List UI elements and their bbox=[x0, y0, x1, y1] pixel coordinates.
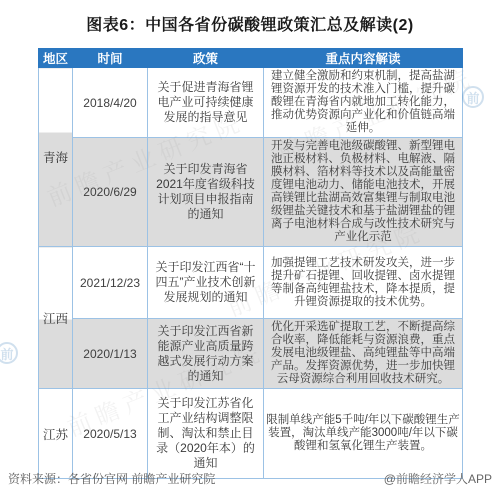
policy-table: 地区 时间 政策 重点内容解读 青海2018/4/20关于促进青海省锂电产业可持… bbox=[38, 48, 463, 479]
content-cell: 建立健全激励和约束机制，提高盐湖锂资源开发的技术准入门槛，提升碳酸锂在青海省内就… bbox=[264, 68, 463, 138]
header-region: 地区 bbox=[39, 49, 73, 68]
header-content: 重点内容解读 bbox=[264, 49, 463, 68]
policy-table-container: 地区 时间 政策 重点内容解读 青海2018/4/20关于促进青海省锂电产业可持… bbox=[38, 48, 462, 479]
page-title: 图表6：中国各省份碳酸锂政策汇总及解读(2) bbox=[0, 12, 500, 35]
region-cell: 青海 bbox=[39, 68, 73, 247]
region-cell: 江西 bbox=[39, 247, 73, 389]
content-cell: 开发与完善电池级碳酸锂、新型锂电池正极材料、负极材料、电解液、隔膜材料、箔材料等… bbox=[264, 138, 463, 247]
policy-cell: 关于印发江苏省化工产业结构调整限制、淘汰和禁止目录（2020年本）的通知 bbox=[148, 389, 264, 479]
table-row: 江西2021/12/23关于印发江西省“十四五”产业技术创新发展规划的通知加强提… bbox=[39, 247, 463, 319]
qianzhan-logo-icon: 前 bbox=[0, 342, 18, 364]
table-header-row: 地区 时间 政策 重点内容解读 bbox=[39, 49, 463, 68]
date-cell: 2020/5/13 bbox=[73, 389, 148, 479]
policy-cell: 关于印发青海省2021年度省级科技计划项目申报指南的通知 bbox=[148, 138, 264, 247]
content-cell: 优化开采选矿提取工艺，不断提高综合收率，降低能耗与资源浪费，重点发展电池级锂盐、… bbox=[264, 319, 463, 389]
header-date: 时间 bbox=[73, 49, 148, 68]
table-row: 2020/1/13关于印发江西省新能源产业高质量跨越式发展行动方案的通知优化开采… bbox=[39, 319, 463, 389]
source-note: 资料来源：各省份官网 前瞻产业研究院 bbox=[8, 470, 215, 487]
content-cell: 加强提锂工艺技术研发攻关，进一步提升矿石提锂、回收提锂、卤水提锂等制备高纯锂盐技… bbox=[264, 247, 463, 319]
policy-cell: 关于印发江西省新能源产业高质量跨越式发展行动方案的通知 bbox=[148, 319, 264, 389]
region-cell: 江苏 bbox=[39, 389, 73, 479]
header-policy: 政策 bbox=[148, 49, 264, 68]
policy-cell: 关于促进青海省锂电产业可持续健康发展的指导意见 bbox=[148, 68, 264, 138]
date-cell: 2020/6/29 bbox=[73, 138, 148, 247]
table-row: 青海2018/4/20关于促进青海省锂电产业可持续健康发展的指导意见建立健全激励… bbox=[39, 68, 463, 138]
content-cell: 限制单线产能5千吨/年以下碳酸锂生产装置，淘汰单线产能3000吨/年以下碳酸锂和… bbox=[264, 389, 463, 479]
credit-note: @前瞻经济学人APP bbox=[384, 470, 492, 487]
date-cell: 2020/1/13 bbox=[73, 319, 148, 389]
date-cell: 2018/4/20 bbox=[73, 68, 148, 138]
policy-table-body: 青海2018/4/20关于促进青海省锂电产业可持续健康发展的指导意见建立健全激励… bbox=[39, 68, 463, 479]
policy-cell: 关于印发江西省“十四五”产业技术创新发展规划的通知 bbox=[148, 247, 264, 319]
date-cell: 2021/12/23 bbox=[73, 247, 148, 319]
qianzhan-logo-icon: 前 bbox=[462, 86, 484, 108]
table-row: 2020/6/29关于印发青海省2021年度省级科技计划项目申报指南的通知开发与… bbox=[39, 138, 463, 247]
table-row: 江苏2020/5/13关于印发江苏省化工产业结构调整限制、淘汰和禁止目录（202… bbox=[39, 389, 463, 479]
